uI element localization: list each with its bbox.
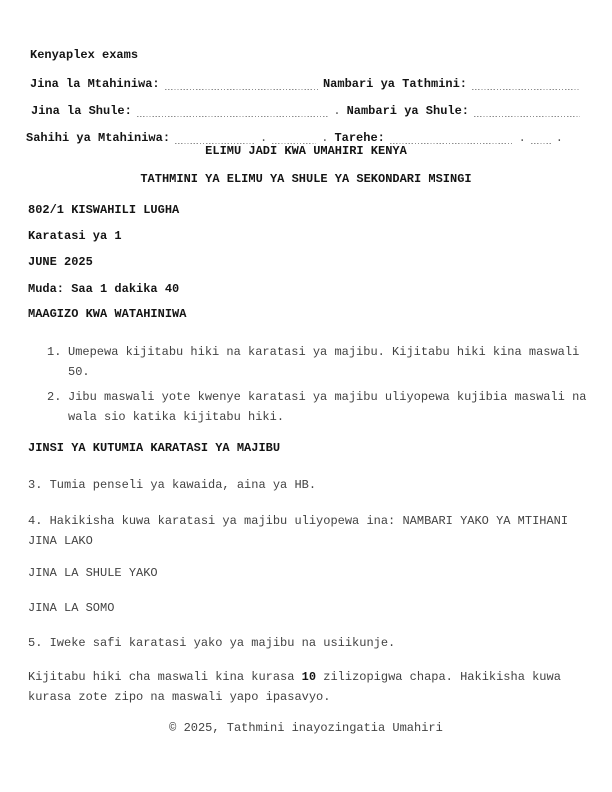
assessment-number-blank-line [472, 77, 580, 92]
school-name-note: JINA LA SHULE YAKO [28, 566, 158, 581]
school-number-label: Nambari ya Shule: [347, 104, 469, 119]
exam-duration: Muda: Saa 1 dakika 40 [28, 282, 179, 297]
instruction-line: Jibu maswali yote kwenye karatasi ya maj… [68, 387, 592, 407]
candidate-name-label: Jina la Mtahiniwa: [30, 77, 160, 92]
organization-title: ELIMU JADI KWA UMAHIRI KENYA [0, 144, 612, 159]
instructions-heading: MAAGIZO KWA WATAHINIWA [28, 307, 186, 322]
subject-name-note: JINA LA SOMO [28, 601, 114, 616]
closing-line-2: kurasa zote zipo na maswali yapo ipasavy… [28, 688, 561, 708]
instruction-item-1: 1. Umepewa kijitabu hiki na karatasi ya … [47, 342, 592, 382]
exam-date: JUNE 2025 [28, 255, 93, 270]
instruction-item-3: 3. Tumia penseli ya kawaida, aina ya HB. [28, 478, 316, 493]
school-number-blank-line [474, 104, 580, 119]
candidate-name-blank-line [165, 77, 318, 92]
closing-line-1: Kijitabu hiki cha maswali kina kurasa 10… [28, 668, 561, 688]
paper-code: 802/1 KISWAHILI LUGHA [28, 203, 179, 218]
instruction-line: 50. [68, 362, 592, 382]
assessment-number-label: Nambari ya Tathmini: [323, 77, 467, 92]
instruction-text: Umepewa kijitabu hiki na karatasi ya maj… [68, 342, 592, 382]
instruction-number: 1. [47, 342, 68, 382]
candidate-name-row: Jina la Mtahiniwa: Nambari ya Tathmini: [30, 77, 585, 92]
closing-text-post: zilizopigwa chapa. Hakikisha kuwa [316, 670, 561, 684]
school-name-label: Jina la Shule: [31, 104, 132, 119]
answer-sheet-heading: JINSI YA KUTUMIA KARATASI YA MAJIBU [28, 441, 280, 456]
instruction-line: 4. Hakikisha kuwa karatasi ya majibu uli… [28, 512, 568, 532]
copyright-footer: © 2025, Tathmini inayozingatia Umahiri [0, 721, 612, 736]
closing-text-pre: Kijitabu hiki cha maswali kina kurasa [28, 670, 302, 684]
brand-text: Kenyaplex exams [30, 48, 138, 63]
school-name-row: Jina la Shule: . Nambari ya Shule: [31, 104, 585, 119]
leader-period: . [333, 104, 340, 119]
instruction-line: Umepewa kijitabu hiki na karatasi ya maj… [68, 342, 592, 362]
instruction-item-5: 5. Iweke safi karatasi yako ya majibu na… [28, 636, 395, 651]
page-count: 10 [302, 670, 316, 684]
closing-note: Kijitabu hiki cha maswali kina kurasa 10… [28, 668, 561, 707]
paper-number: Karatasi ya 1 [28, 229, 122, 244]
exam-cover-page: Kenyaplex exams Jina la Mtahiniwa: Namba… [0, 0, 612, 792]
instruction-line: JINA LAKO [28, 532, 568, 552]
instruction-line: wala sio katika kijitabu hiki. [68, 407, 592, 427]
instruction-item-2: 2. Jibu maswali yote kwenye karatasi ya … [47, 387, 592, 427]
instruction-number: 2. [47, 387, 68, 427]
instruction-item-4: 4. Hakikisha kuwa karatasi ya majibu uli… [28, 512, 568, 551]
school-name-blank-line [137, 104, 329, 119]
exam-title: TATHMINI YA ELIMU YA SHULE YA SEKONDARI … [0, 172, 612, 187]
instruction-text: Jibu maswali yote kwenye karatasi ya maj… [68, 387, 592, 427]
